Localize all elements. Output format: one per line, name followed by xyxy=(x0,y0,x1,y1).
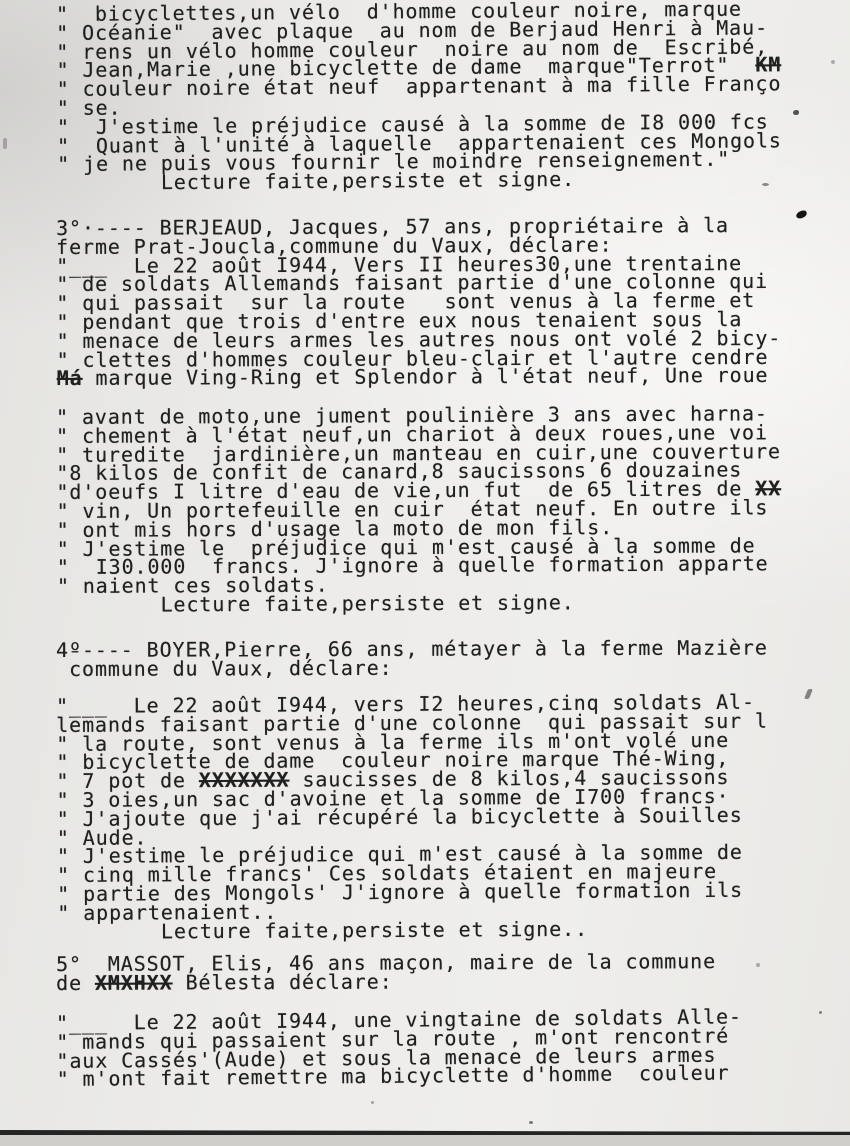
ink-speck xyxy=(756,963,760,967)
struck-text: XMXHXX xyxy=(95,970,173,994)
ink-speck xyxy=(529,1121,533,1124)
text-segment: Lecture faite,persiste et signe.. xyxy=(57,916,588,943)
statement-3-berjeaud-continuation-block: " avant de moto,une jument poulinière 3 … xyxy=(56,404,782,615)
text-line: " m'ont fait remettre ma bicyclette d'ho… xyxy=(57,1064,743,1089)
ink-speck xyxy=(371,1101,374,1104)
ink-speck xyxy=(793,110,799,115)
statement-3-berjeaud-opening-block: 3°·---- BERJEAUD, Jacques, 57 ans, propr… xyxy=(56,216,781,388)
text-line: " J'ajoute que j'ai récupéré la bicyclet… xyxy=(57,805,769,828)
scan-bottom-margin xyxy=(0,1135,850,1146)
text-line: Má marque Ving-Ring et Splendor à l'état… xyxy=(57,366,782,388)
ink-speck xyxy=(762,183,769,186)
text-line: Lecture faite,persiste et signe.. xyxy=(57,918,769,941)
text-line: " couleur noire état neuf appartenant à … xyxy=(57,74,782,98)
text-line: de XMXHXX Bélesta déclare: xyxy=(56,971,716,993)
text-segment: Lecture faite,persiste et signe. xyxy=(57,167,575,195)
text-segment: marque Ving-Ring et Splendor à l'état ne… xyxy=(83,363,769,390)
text-segment: de xyxy=(56,971,95,995)
text-segment: " J'ajoute que j'ai récupéré la bicyclet… xyxy=(57,803,743,831)
statement-5-massot-body-block: "___ Le 22 août I944, une vingtaine de s… xyxy=(56,1007,743,1089)
text-line: Lecture faite,persiste et signe. xyxy=(57,168,782,192)
statement-4-boyer-body-block: "___ Le 22 août I944, vers I2 heures,cin… xyxy=(56,693,769,942)
text-segment: " m'ont fait remettre ma bicyclette d'ho… xyxy=(57,1061,730,1091)
ink-speck xyxy=(831,60,835,64)
statement-5-massot-heading-block: 5° MASSOT, Elis, 46 ans maçon, maire de … xyxy=(56,952,716,992)
statement-4-boyer-heading-block: 4º---- BOYER,Pierre, 66 ans, métayer à l… xyxy=(56,639,768,679)
struck-text: Má xyxy=(57,366,83,390)
text-line: Lecture faite,persiste et signe. xyxy=(57,592,782,615)
text-segment: Bélesta déclare: xyxy=(173,969,393,994)
statement-2-continuation-block: " bicyclettes,un vélo d'homme couleur no… xyxy=(56,0,782,193)
scanned-document-page: " bicyclettes,un vélo d'homme couleur no… xyxy=(0,0,850,1146)
ink-speck xyxy=(3,138,7,149)
ink-speck xyxy=(795,209,808,219)
ink-speck xyxy=(819,1011,822,1014)
pencil-mark xyxy=(804,689,813,699)
text-segment: Lecture faite,persiste et signe. xyxy=(57,590,575,617)
text-segment: commune du Vaux, déclare: xyxy=(56,656,393,681)
